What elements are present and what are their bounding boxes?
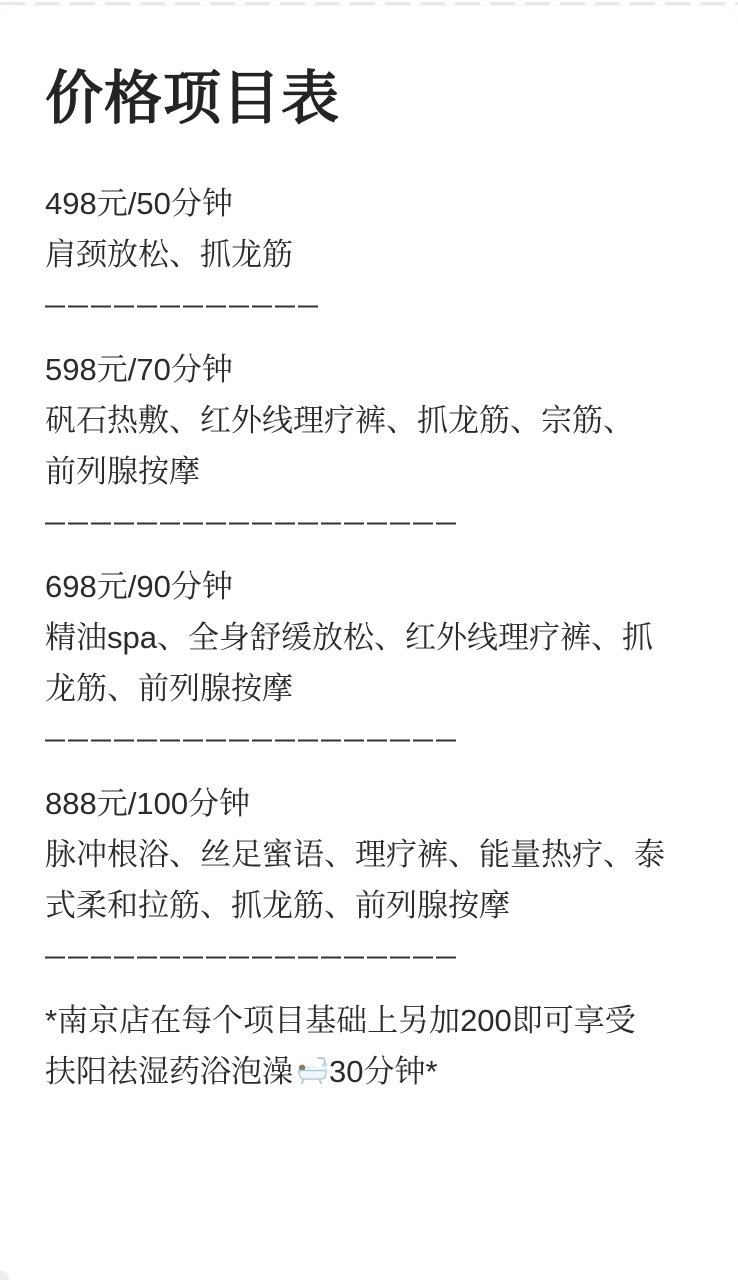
item-description: 式柔和拉筋、抓龙筋、前列腺按摩 (45, 880, 693, 931)
price-item: 888元/100分钟 脉冲根浴、丝足蜜语、理疗裤、能量热疗、泰 式柔和拉筋、抓龙… (45, 778, 693, 931)
item-description: 精油spa、全身舒缓放松、红外线理疗裤、抓 (45, 612, 693, 663)
section-divider: ———————————— (45, 284, 693, 328)
page-title: 价格项目表 (45, 64, 693, 134)
footnote-line: *南京店在每个项目基础上另加200即可享受 (45, 995, 693, 1046)
item-description: 矾石热敷、红外线理疗裤、抓龙筋、宗筋、 (45, 395, 693, 446)
price-list-page: 价格项目表 498元/50分钟 肩颈放松、抓龙筋 ———————————— 59… (0, 0, 738, 1280)
top-dashed-divider (0, 2, 738, 5)
person-taking-bath-emoji-icon (294, 1052, 328, 1086)
section-divider: —————————————————— (45, 935, 693, 979)
item-price: 698元/90分钟 (45, 561, 693, 612)
footnote-text: 30分钟* (329, 1054, 438, 1089)
item-price: 498元/50分钟 (45, 178, 693, 229)
item-description: 脉冲根浴、丝足蜜语、理疗裤、能量热疗、泰 (45, 829, 693, 880)
price-item: 698元/90分钟 精油spa、全身舒缓放松、红外线理疗裤、抓 龙筋、前列腺按摩 (45, 561, 693, 714)
item-description: 肩颈放松、抓龙筋 (45, 229, 693, 280)
item-description: 龙筋、前列腺按摩 (45, 663, 693, 714)
item-price: 598元/70分钟 (45, 344, 693, 395)
footnote: *南京店在每个项目基础上另加200即可享受 扶阳祛湿药浴泡澡 (45, 995, 693, 1097)
item-price: 888元/100分钟 (45, 778, 693, 829)
price-item: 598元/70分钟 矾石热敷、红外线理疗裤、抓龙筋、宗筋、 前列腺按摩 (45, 344, 693, 497)
footnote-text: 扶阳祛湿药浴泡澡 (45, 1054, 293, 1089)
price-item: 498元/50分钟 肩颈放松、抓龙筋 (45, 178, 693, 280)
item-description: 前列腺按摩 (45, 446, 693, 497)
footnote-line: 扶阳祛湿药浴泡澡 (45, 1046, 693, 1097)
section-divider: —————————————————— (45, 501, 693, 545)
price-list-card: 价格项目表 498元/50分钟 肩颈放松、抓龙筋 ———————————— 59… (0, 6, 738, 1280)
section-divider: —————————————————— (45, 718, 693, 762)
